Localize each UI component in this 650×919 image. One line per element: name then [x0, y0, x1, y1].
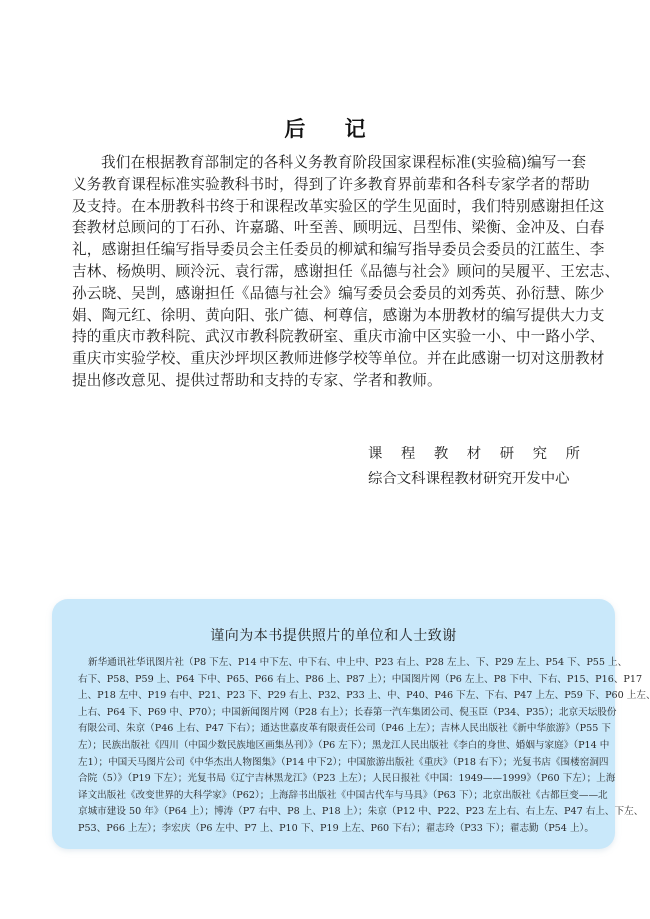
credit-line: 有限公司、朱京（P46 上右、P47 下右）；通达世嘉皮革有限责任公司（P46 … [78, 721, 594, 738]
afterword-line: 义务教育课程标准实验教科书时，得到了许多教育界前辈和各科专家学者的帮助 [72, 174, 584, 196]
afterword-line: 我们在根据教育部制定的各科义务教育阶段国家课程标准(实验稿)编写一套 [72, 152, 584, 174]
credit-line: 上、P18 左中、P19 右中、P21、P23 下、P29 右上、P32、P33… [78, 688, 594, 705]
signature-center: 综合文科课程教材研究开发中心 [368, 467, 580, 492]
photo-credits-title: 谨向为本书提供照片的单位和人士致谢 [52, 625, 615, 645]
photo-credits-panel: 谨向为本书提供照片的单位和人士致谢 新华通讯社华讯图片社（P8 下左、P14 中… [52, 599, 615, 849]
credit-line: 合院（5）》（P19 下左）；光复书局《辽宁吉林黑龙江》（P23 上左）；人民日… [78, 771, 594, 788]
credit-line: P53、P66 上左）；李宏庆（P6 左中、P7 上、P10 下、P19 上左、… [78, 821, 594, 838]
afterword-line: 持的重庆市教科院、武汉市教科院教研室、重庆市渝中区实验一小、中一路小学、 [72, 326, 584, 348]
afterword-line: 提出修改意见、提供过帮助和支持的专家、学者和教师。 [72, 370, 584, 392]
credit-line: 上右、P64 下、P69 中、P70）；中国新闻图片网（P28 右上）；长春第一… [78, 705, 594, 722]
afterword-line: 及支持。在本册教科书终于和课程改革实验区的学生见面时，我们特别感谢担任这 [72, 196, 584, 218]
signature-block: 课程教材研究所 综合文科课程教材研究开发中心 [368, 442, 580, 492]
credit-line: 左1）；中国天马图片公司《中华杰出人物图集》（P14 中下2）；中国旅游出版社《… [78, 755, 594, 772]
afterword-line: 礼，感谢担任编写指导委员会主任委员的柳斌和编写指导委员会委员的江蓝生、李 [72, 239, 584, 261]
afterword-body: 我们在根据教育部制定的各科义务教育阶段国家课程标准(实验稿)编写一套 义务教育课… [72, 152, 584, 392]
page-title: 后 记 [0, 113, 650, 143]
afterword-line: 吉林、杨焕明、顾泠沅、袁行霈，感谢担任《品德与社会》顾问的吴履平、王宏志、 [72, 261, 584, 283]
credit-line: 京城市建设 50 年》（P64 上）；博涛（P7 右中、P8 上、P18 上）；… [78, 804, 594, 821]
afterword-line: 套教材总顾问的丁石孙、许嘉璐、叶至善、顾明远、吕型伟、梁衡、金冲及、白春 [72, 217, 584, 239]
credit-line: 新华通讯社华讯图片社（P8 下左、P14 中下左、中下右、中上中、P23 右上、… [78, 655, 594, 672]
afterword-line: 娟、陶元红、徐明、黄向阳、张广德、柯尊信，感谢为本册教材的编写提供大力支 [72, 305, 584, 327]
afterword-line: 孙云晓、吴剀，感谢担任《品德与社会》编写委员会委员的刘秀英、孙衍慧、陈少 [72, 283, 584, 305]
signature-institute: 课程教材研究所 [368, 442, 580, 467]
photo-credits-body: 新华通讯社华讯图片社（P8 下左、P14 中下左、中下右、中上中、P23 右上、… [78, 655, 594, 838]
credit-line: 左）；民族出版社《四川（中国少数民族地区画集丛刊）》（P6 左下）；黑龙江人民出… [78, 738, 594, 755]
credit-line: 右下、P58、P59 上、P64 下中、P65、P66 右上、P86 上、P87… [78, 672, 594, 689]
credit-line: 译文出版社《改变世界的大科学家》（P62）；上海辞书出版社《中国古代车与马具》（… [78, 788, 594, 805]
afterword-line: 重庆市实验学校、重庆沙坪坝区教师进修学校等单位。并在此感谢一切对这册教材 [72, 348, 584, 370]
